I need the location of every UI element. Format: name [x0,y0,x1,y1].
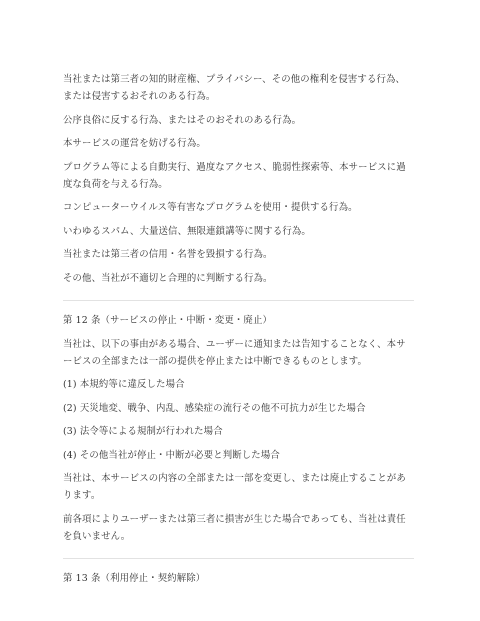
section-11-prohibited-acts: 当社または第三者の知的財産権、プライバシー、その他の権利を侵害する行為、または侵… [63,71,414,287]
section-12-heading: 第 12 条（サービスの停止・中断・変更・廃止） [63,312,414,329]
prohibited-item: 当社または第三者の信用・名誉を毀損する行為。 [63,246,414,263]
section-13: 第 13 条（利用停止・契約解除） [63,570,414,587]
section-13-heading: 第 13 条（利用停止・契約解除） [63,570,414,587]
prohibited-item: その他、当社が不適切と合理的に判断する行為。 [63,270,414,287]
section-divider [63,558,414,559]
section-12-item: (4) その他当社が停止・中断が必要と判断した場合 [63,447,414,464]
section-12-item: (1) 本規約等に違反した場合 [63,376,414,393]
prohibited-item: 本サービスの運営を妨げる行為。 [63,135,414,152]
section-12: 第 12 条（サービスの停止・中断・変更・廃止） 当社は、以下の事由がある場合、… [63,312,414,545]
prohibited-item: 当社または第三者の知的財産権、プライバシー、その他の権利を侵害する行為、または侵… [63,71,414,105]
section-divider [63,300,414,301]
section-12-item: (3) 法令等による規制が行われた場合 [63,423,414,440]
section-12-item: (2) 天災地変、戦争、内乱、感染症の流行その他不可抗力が生じた場合 [63,400,414,417]
terms-document: 当社または第三者の知的財産権、プライバシー、その他の権利を侵害する行為、または侵… [63,71,414,594]
section-12-liability-paragraph: 前各項によりユーザーまたは第三者に損害が生じた場合であっても、当社は責任を負いま… [63,511,414,545]
section-12-intro: 当社は、以下の事由がある場合、ユーザーに通知または告知することなく、本サービスの… [63,336,414,370]
prohibited-item: コンピューターウイルス等有害なプログラムを使用・提供する行為。 [63,199,414,216]
prohibited-item: いわゆるスパム、大量送信、無限連鎖講等に関する行為。 [63,223,414,240]
prohibited-item: プログラム等による自動実行、過度なアクセス、脆弱性探索等、本サービスに過度な負荷… [63,159,414,193]
section-12-change-paragraph: 当社は、本サービスの内容の全部または一部を変更し、または廃止することがあります。 [63,470,414,504]
prohibited-item: 公序良俗に反する行為、またはそのおそれのある行為。 [63,112,414,129]
